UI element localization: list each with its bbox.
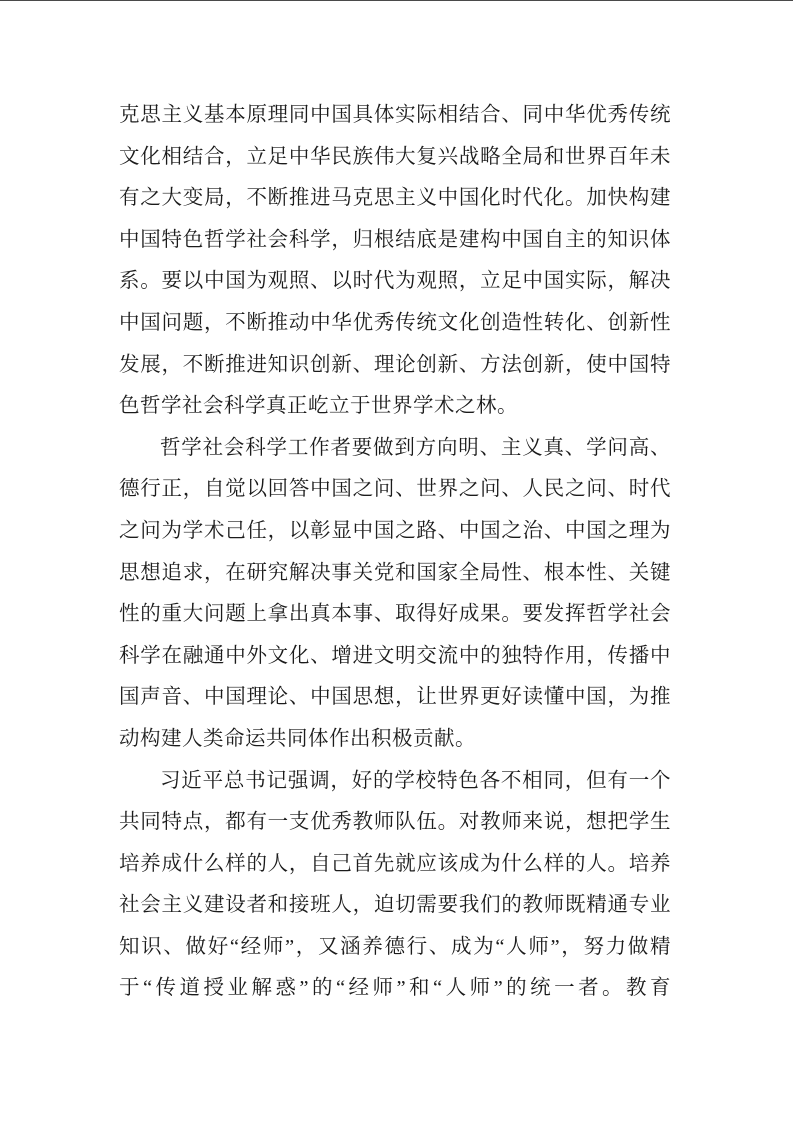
text-line: 培养成什么样的人，自己首先就应该成为什么样的人。培养 — [119, 844, 671, 886]
paragraph-3: 习近平总书记强调，好的学校特色各不相同，但有一个共同特点，都有一支优秀教师队伍。… — [119, 761, 671, 1011]
text-line: 社会主义建设者和接班人，迫切需要我们的教师既精通专业 — [119, 885, 671, 927]
text-line: 习近平总书记强调，好的学校特色各不相同，但有一个 — [119, 761, 671, 803]
page-top-edge — [0, 0, 793, 1]
text-line: 国声音、中国理论、中国思想，让世界更好读懂中国，为推 — [119, 677, 671, 719]
text-line: 于“传道授业解惑”的“经师”和“人师”的统一者。教育 — [119, 968, 671, 1010]
text-line: 共同特点，都有一支优秀教师队伍。对教师来说，想把学生 — [119, 802, 671, 844]
text-line: 动构建人类命运共同体作出积极贡献。 — [119, 719, 671, 761]
text-line: 科学在融通中外文化、增进文明交流中的独特作用，传播中 — [119, 636, 671, 678]
text-line: 系。要以中国为观照、以时代为观照，立足中国实际，解决 — [119, 261, 671, 303]
document-page: 克思主义基本原理同中国具体实际相结合、同中华优秀传统文化相结合，立足中华民族伟大… — [0, 0, 793, 1122]
text-line: 文化相结合，立足中华民族伟大复兴战略全局和世界百年未 — [119, 137, 671, 179]
text-line: 哲学社会科学工作者要做到方向明、主义真、学问高、 — [119, 428, 671, 470]
text-line: 之问为学术己任，以彰显中国之路、中国之治、中国之理为 — [119, 511, 671, 553]
paragraph-2: 哲学社会科学工作者要做到方向明、主义真、学问高、德行正，自觉以回答中国之问、世界… — [119, 428, 671, 761]
text-line: 德行正，自觉以回答中国之问、世界之问、人民之问、时代 — [119, 469, 671, 511]
text-line: 有之大变局，不断推进马克思主义中国化时代化。加快构建 — [119, 178, 671, 220]
text-line: 中国特色哲学社会科学，归根结底是建构中国自主的知识体 — [119, 220, 671, 262]
text-line: 性的重大问题上拿出真本事、取得好成果。要发挥哲学社会 — [119, 594, 671, 636]
text-line: 知识、做好“经师”，又涵养德行、成为“人师”，努力做精 — [119, 927, 671, 969]
text-line: 克思主义基本原理同中国具体实际相结合、同中华优秀传统 — [119, 95, 671, 137]
text-line: 中国问题，不断推动中华优秀传统文化创造性转化、创新性 — [119, 303, 671, 345]
text-line: 思想追求，在研究解决事关党和国家全局性、根本性、关键 — [119, 553, 671, 595]
document-text: 克思主义基本原理同中国具体实际相结合、同中华优秀传统文化相结合，立足中华民族伟大… — [119, 95, 671, 1010]
paragraph-1: 克思主义基本原理同中国具体实际相结合、同中华优秀传统文化相结合，立足中华民族伟大… — [119, 95, 671, 428]
text-line: 色哲学社会科学真正屹立于世界学术之林。 — [119, 386, 671, 428]
text-line: 发展，不断推进知识创新、理论创新、方法创新，使中国特 — [119, 345, 671, 387]
